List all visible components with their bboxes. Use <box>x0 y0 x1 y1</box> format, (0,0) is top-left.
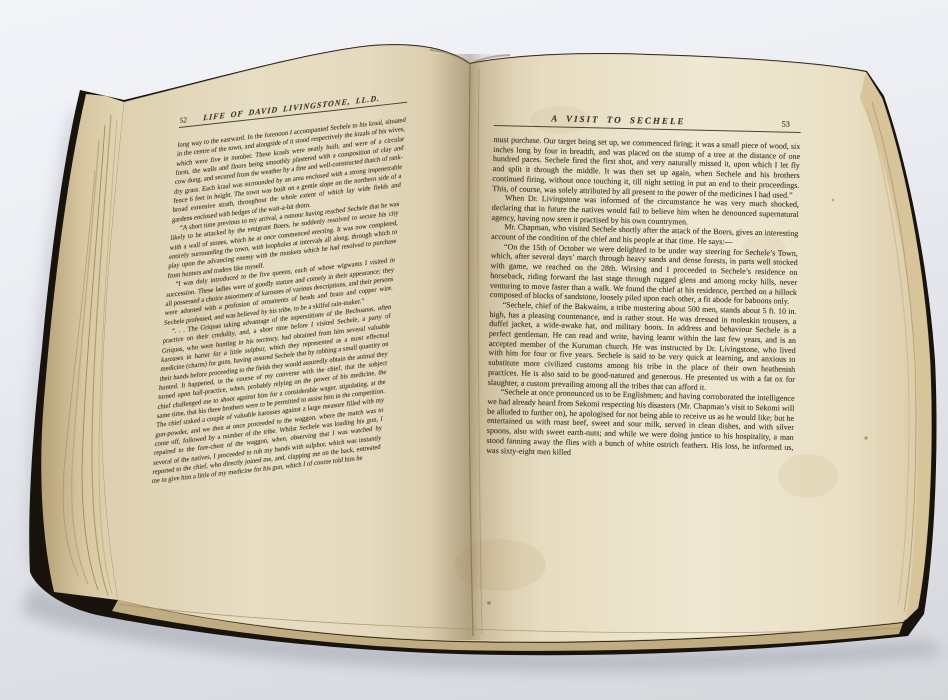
right-page-number: 53 <box>771 119 801 129</box>
paragraph: must purchase. Our target being set up, … <box>492 135 800 200</box>
photo-stage: 52 LIFE OF DAVID LIVINGSTONE, LL.D. long… <box>0 0 948 700</box>
stain <box>454 539 546 591</box>
left-page-number: 52 <box>179 114 201 125</box>
paragraph: “Sechele, chief of the Bakwains, a tribe… <box>488 300 797 394</box>
paragraph: “Sechele at once pronounced us to be Eng… <box>486 387 794 462</box>
header-spacer <box>494 120 524 121</box>
paragraph: “. . . The Griquas taking advantage of t… <box>151 303 391 487</box>
paragraph: “On the 15th of October we were delighte… <box>490 242 798 307</box>
right-page: A VISIT TO SECHELE 53 must purchase. Our… <box>486 112 801 462</box>
speck <box>487 601 491 605</box>
left-page: 52 LIFE OF DAVID LIVINGSTONE, LL.D. long… <box>151 91 408 487</box>
speck <box>864 436 867 439</box>
speck <box>832 199 834 201</box>
book-photo-illustration <box>0 0 948 700</box>
